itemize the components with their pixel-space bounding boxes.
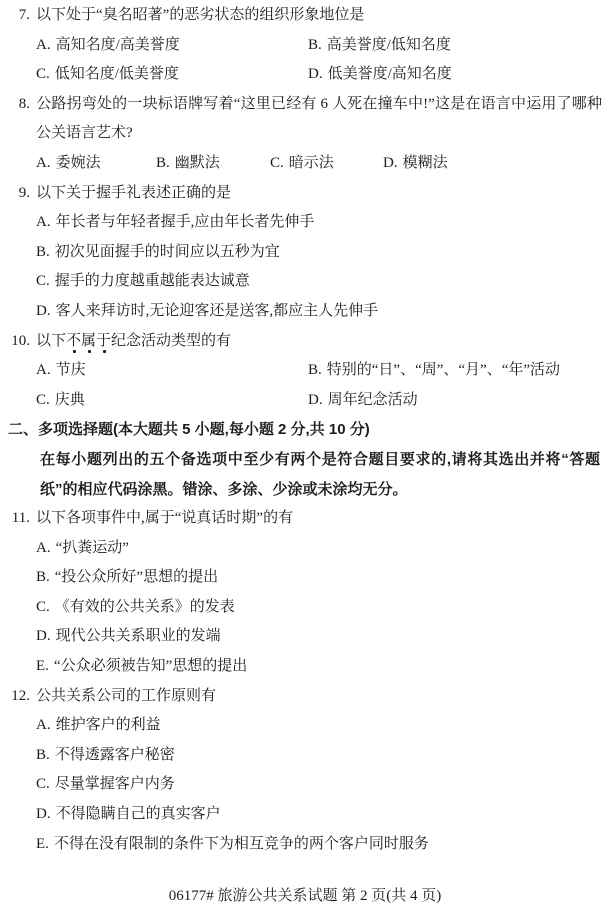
option-label: A. xyxy=(36,717,51,733)
option-text: 高知名度/高美誉度 xyxy=(56,37,180,53)
option-e: E.“公众必须被告知”思想的提出 xyxy=(8,652,602,682)
option-label: B. xyxy=(36,244,50,260)
option-text: 幽默法 xyxy=(175,155,220,171)
question-11-stem: 11.以下各项事件中,属于“说真话时期”的有 xyxy=(8,504,602,534)
question-10: 10.以下不属于纪念活动类型的有 A.节庆 B.特别的“日”、“周”、“月”、“… xyxy=(8,327,602,416)
exam-page: 7.以下处于“臭名昭著”的恶劣状态的组织形象地位是 A.高知名度/高美誉度 B.… xyxy=(0,0,610,922)
option-d: D.现代公共关系职业的发端 xyxy=(8,622,602,652)
option-text: 现代公共关系职业的发端 xyxy=(56,628,221,644)
option-label: E. xyxy=(36,658,49,674)
question-12: 12.公共关系公司的工作原则有 A.维护客户的利益 B.不得透露客户秘密 C.尽… xyxy=(8,682,602,860)
option-a: A.年长者与年轻者握手,应由年长者先伸手 xyxy=(8,208,602,238)
option-text: 维护客户的利益 xyxy=(56,717,161,733)
option-text: 节庆 xyxy=(56,362,86,378)
option-c: C.暗示法 xyxy=(270,149,383,179)
option-text: 庆典 xyxy=(55,392,85,408)
option-text: 低美誉度/高知名度 xyxy=(328,66,452,82)
option-b: B.幽默法 xyxy=(156,149,270,179)
option-label: E. xyxy=(36,836,49,852)
question-9-stem: 9.以下关于握手礼表述正确的是 xyxy=(8,179,602,209)
option-label: A. xyxy=(36,155,51,171)
question-text-emphasized: 不属于 xyxy=(66,333,111,354)
option-text: 周年纪念活动 xyxy=(328,392,418,408)
section-instructions: 在每小题列出的五个备选项中至少有两个是符合题目要求的,请将其选出并将“答题纸”的… xyxy=(8,445,602,504)
question-8: 8.公路拐弯处的一块标语牌写着“这里已经有 6 人死在撞车中!”这是在语言中运用… xyxy=(8,90,602,179)
option-text: 客人来拜访时,无论迎客还是送客,都应主人先伸手 xyxy=(56,303,379,319)
question-11: 11.以下各项事件中,属于“说真话时期”的有 A.“扒粪运动” B.“投公众所好… xyxy=(8,504,602,682)
option-c: C.握手的力度越重越能表达诚意 xyxy=(8,267,602,297)
option-b: B.特别的“日”、“周”、“月”、“年”活动 xyxy=(308,356,602,386)
option-text: 高美誉度/低知名度 xyxy=(327,37,451,53)
question-text: 公路拐弯处的一块标语牌写着“这里已经有 6 人死在撞车中!”这是在语言中运用了哪… xyxy=(36,96,602,142)
option-a: A.委婉法 xyxy=(36,149,156,179)
option-label: B. xyxy=(36,569,50,585)
option-text: 不得在没有限制的条件下为相互竞争的两个客户同时服务 xyxy=(54,836,429,852)
option-b: B.初次见面握手的时间应以五秒为宜 xyxy=(8,238,602,268)
option-label: B. xyxy=(156,155,170,171)
option-d: D.周年纪念活动 xyxy=(308,386,602,416)
question-text: 以下处于“臭名昭著”的恶劣状态的组织形象地位是 xyxy=(36,7,364,23)
question-number: 8. xyxy=(8,90,30,120)
option-text: 不得隐瞒自己的真实客户 xyxy=(56,806,221,822)
option-d: D.不得隐瞒自己的真实客户 xyxy=(8,800,602,830)
option-text: 不得透露客户秘密 xyxy=(55,747,175,763)
section-heading: 二、多项选择题(本大题共 5 小题,每小题 2 分,共 10 分) xyxy=(8,415,602,445)
option-label: C. xyxy=(36,599,50,615)
option-b: B.“投公众所好”思想的提出 xyxy=(8,563,602,593)
option-c: C.庆典 xyxy=(36,386,308,416)
option-label: D. xyxy=(36,303,51,319)
option-text: 尽量掌握客户内务 xyxy=(55,776,175,792)
question-number: 11. xyxy=(8,504,30,534)
option-b: B.高美誉度/低知名度 xyxy=(308,31,602,61)
option-a: A.高知名度/高美誉度 xyxy=(36,31,308,61)
option-label: C. xyxy=(36,273,50,289)
option-e: E.不得在没有限制的条件下为相互竞争的两个客户同时服务 xyxy=(8,830,602,860)
option-label: A. xyxy=(36,214,51,230)
option-c: C.尽量掌握客户内务 xyxy=(8,770,602,800)
option-a: A.“扒粪运动” xyxy=(8,534,602,564)
question-8-options: A.委婉法 B.幽默法 C.暗示法 D.模糊法 xyxy=(8,149,602,179)
question-7-stem: 7.以下处于“臭名昭著”的恶劣状态的组织形象地位是 xyxy=(8,1,602,31)
question-text: 公共关系公司的工作原则有 xyxy=(36,688,216,704)
option-text: 年长者与年轻者握手,应由年长者先伸手 xyxy=(56,214,315,230)
option-label: C. xyxy=(36,392,50,408)
option-text: “投公众所好”思想的提出 xyxy=(55,569,218,585)
question-8-stem: 8.公路拐弯处的一块标语牌写着“这里已经有 6 人死在撞车中!”这是在语言中运用… xyxy=(8,90,602,149)
question-9: 9.以下关于握手礼表述正确的是 A.年长者与年轻者握手,应由年长者先伸手 B.初… xyxy=(8,179,602,327)
option-text: 特别的“日”、“周”、“月”、“年”活动 xyxy=(327,362,560,378)
option-d: D.模糊法 xyxy=(383,149,448,179)
option-text: 初次见面握手的时间应以五秒为宜 xyxy=(55,244,280,260)
option-text: 模糊法 xyxy=(403,155,448,171)
option-label: B. xyxy=(308,362,322,378)
question-10-options: A.节庆 B.特别的“日”、“周”、“月”、“年”活动 C.庆典 D.周年纪念活… xyxy=(8,356,602,415)
question-10-stem: 10.以下不属于纪念活动类型的有 xyxy=(8,327,602,357)
option-text: 握手的力度越重越能表达诚意 xyxy=(55,273,250,289)
question-12-stem: 12.公共关系公司的工作原则有 xyxy=(8,682,602,712)
section-2: 二、多项选择题(本大题共 5 小题,每小题 2 分,共 10 分) 在每小题列出… xyxy=(8,415,602,504)
option-b: B.不得透露客户秘密 xyxy=(8,741,602,771)
option-text: 《有效的公共关系》的发表 xyxy=(55,599,235,615)
option-label: B. xyxy=(36,747,50,763)
option-label: D. xyxy=(308,66,323,82)
option-a: A.维护客户的利益 xyxy=(8,711,602,741)
option-label: D. xyxy=(383,155,398,171)
option-label: A. xyxy=(36,540,51,556)
question-number: 12. xyxy=(8,682,30,712)
option-text: 暗示法 xyxy=(289,155,334,171)
question-7: 7.以下处于“臭名昭著”的恶劣状态的组织形象地位是 A.高知名度/高美誉度 B.… xyxy=(8,1,602,90)
question-text: 以下关于握手礼表述正确的是 xyxy=(36,185,231,201)
option-label: D. xyxy=(36,806,51,822)
option-d: D.低美誉度/高知名度 xyxy=(308,60,602,90)
option-label: A. xyxy=(36,362,51,378)
option-label: C. xyxy=(36,776,50,792)
option-label: B. xyxy=(308,37,322,53)
option-label: A. xyxy=(36,37,51,53)
option-text: “公众必须被告知”思想的提出 xyxy=(54,658,247,674)
question-number: 10. xyxy=(8,327,30,357)
option-label: C. xyxy=(36,66,50,82)
question-7-options: A.高知名度/高美誉度 B.高美誉度/低知名度 C.低知名度/低美誉度 D.低美… xyxy=(8,31,602,90)
option-c: C.《有效的公共关系》的发表 xyxy=(8,593,602,623)
option-text: “扒粪运动” xyxy=(56,540,129,556)
page-footer: 06177# 旅游公共关系试题 第 2 页(共 4 页) xyxy=(8,882,602,912)
option-label: D. xyxy=(36,628,51,644)
option-text: 低知名度/低美誉度 xyxy=(55,66,179,82)
option-label: D. xyxy=(308,392,323,408)
option-a: A.节庆 xyxy=(36,356,308,386)
option-text: 委婉法 xyxy=(56,155,101,171)
question-number: 9. xyxy=(8,179,30,209)
question-text: 以下各项事件中,属于“说真话时期”的有 xyxy=(36,510,293,526)
option-d: D.客人来拜访时,无论迎客还是送客,都应主人先伸手 xyxy=(8,297,602,327)
question-text: 纪念活动类型的有 xyxy=(111,333,231,349)
question-text: 以下 xyxy=(36,333,66,349)
question-number: 7. xyxy=(8,1,30,31)
option-label: C. xyxy=(270,155,284,171)
option-c: C.低知名度/低美誉度 xyxy=(36,60,308,90)
